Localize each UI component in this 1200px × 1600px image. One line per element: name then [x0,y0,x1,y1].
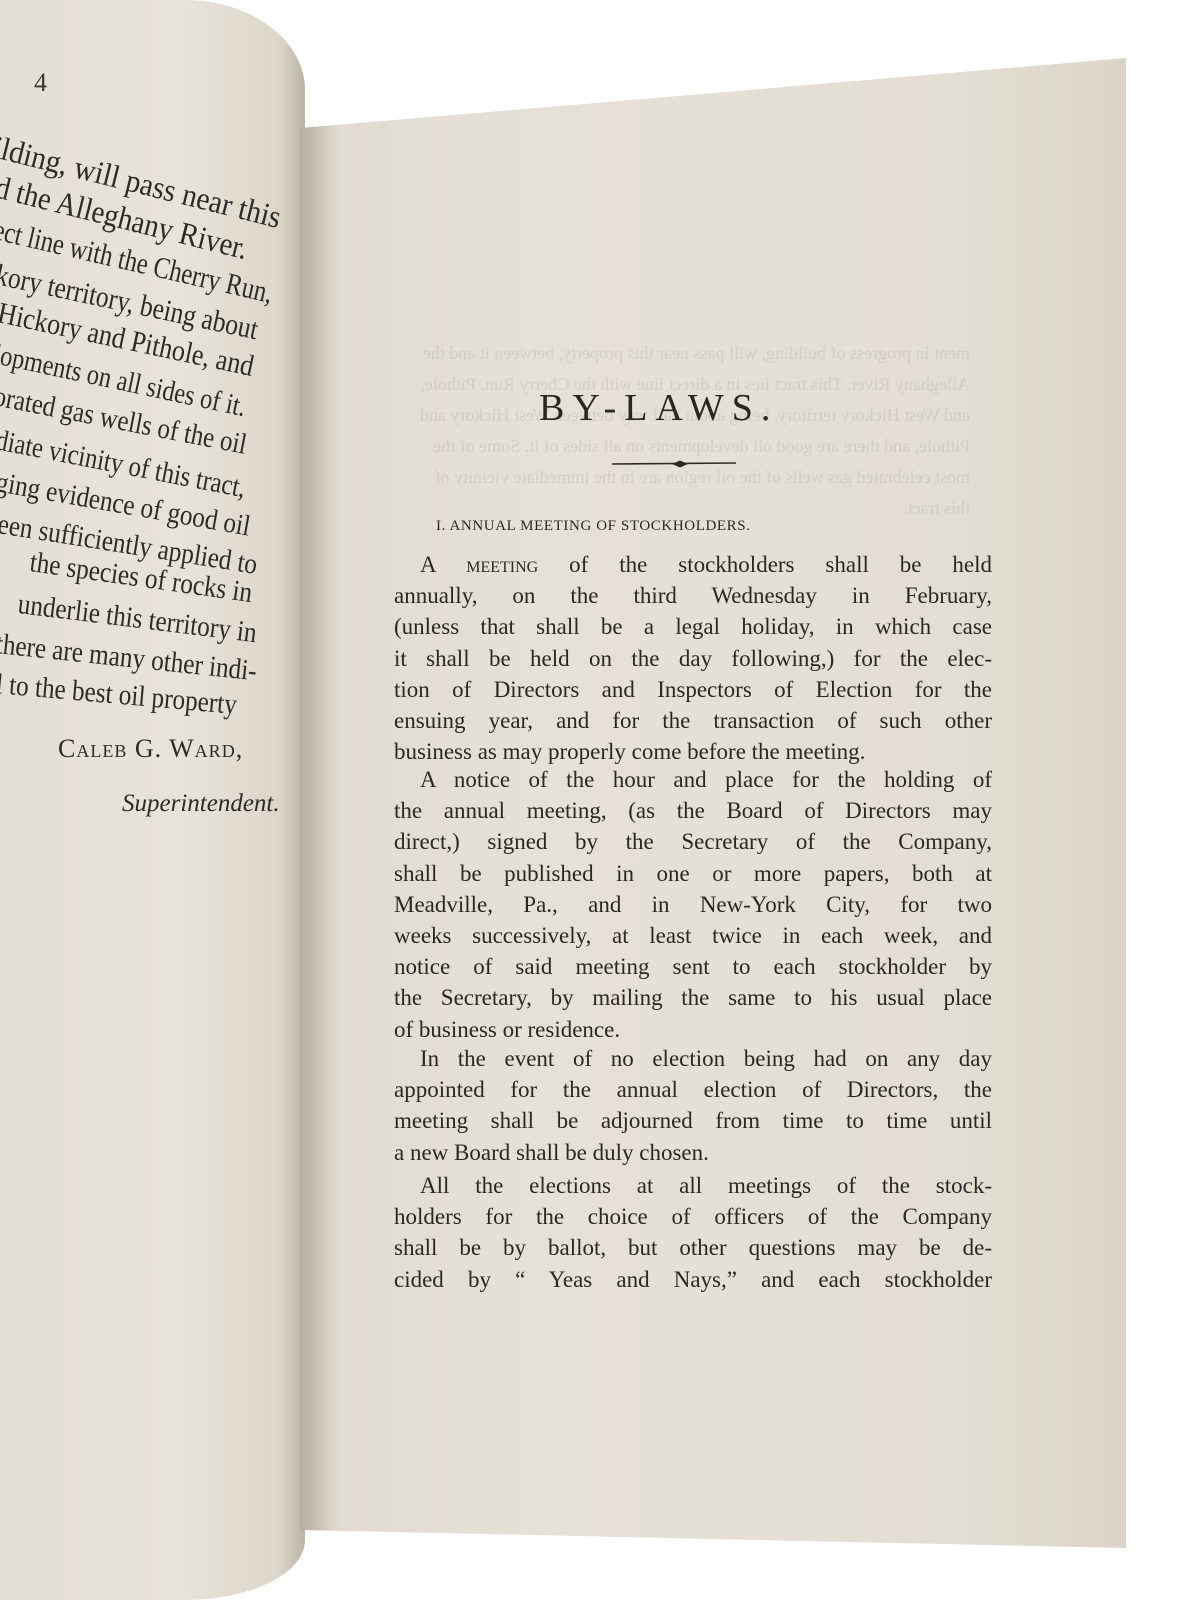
show-through-text: ment in progress of building, will pass … [410,338,970,524]
text-line: shall be by ballot, but other questions … [394,1232,992,1263]
gutter-shadow [300,58,340,1548]
left-page-text: ilding, will pass near this d the Allegh… [0,0,305,800]
text-line: In the event of no election being had on… [394,1043,992,1074]
text-line: the Secretary, by mailing the same to hi… [394,982,992,1013]
text-line: of business or residence. [394,1014,992,1045]
paragraph-2: A notice of the hour and place for the h… [394,764,992,1045]
page-title: BY-LAWS. [539,386,778,430]
text-line: All the elections at all meetings of the… [394,1170,992,1201]
text-line: appointed for the annual election of Dir… [394,1074,992,1105]
section-heading: I. ANNUAL MEETING OF STOCKHOLDERS. [436,518,751,535]
text-line: business as may properly come before the… [394,736,992,767]
text-line: shall be published in one or more papers… [394,858,992,889]
text-line: Meadville, Pa., and in New-York City, fo… [394,889,992,920]
text-line: a new Board shall be duly chosen. [394,1137,992,1168]
text-line: holders for the choice of officers of th… [394,1201,992,1232]
text-line: tion of Directors and Inspectors of Elec… [394,674,992,705]
diamond-rule-ornament [612,458,736,470]
text-line: weeks successively, at least twice in ea… [394,920,992,951]
paragraph-1: A meeting of the stockholders shall be h… [394,549,992,767]
text-line: it shall be held on the day following,) … [394,643,992,674]
left-page: 4 ilding, will pass near this d the Alle… [0,0,305,1600]
signature-title: Superintendent. [122,790,280,818]
text-line: the annual meeting, (as the Board of Dir… [394,795,992,826]
lead-small-caps: A meeting [420,552,538,577]
text-line: (unless that shall be a legal holiday, i… [394,611,992,642]
text-line: A meeting of the stockholders shall be h… [394,549,992,580]
text-line: annually, on the third Wednesday in Febr… [394,580,992,611]
paragraph-4: All the elections at all meetings of the… [394,1170,992,1295]
signature-name: Caleb G. Ward, [58,734,243,764]
paragraph-3: In the event of no election being had on… [394,1043,992,1168]
text-line: meeting shall be adjourned from time to … [394,1105,992,1136]
text-line: notice of said meeting sent to each stoc… [394,951,992,982]
text-line: direct,) signed by the Secretary of the … [394,826,992,857]
text-line: A notice of the hour and place for the h… [394,764,992,795]
text-line: cided by “ Yeas and Nays,” and each stoc… [394,1264,992,1295]
text-line: ensuing year, and for the transaction of… [394,705,992,736]
